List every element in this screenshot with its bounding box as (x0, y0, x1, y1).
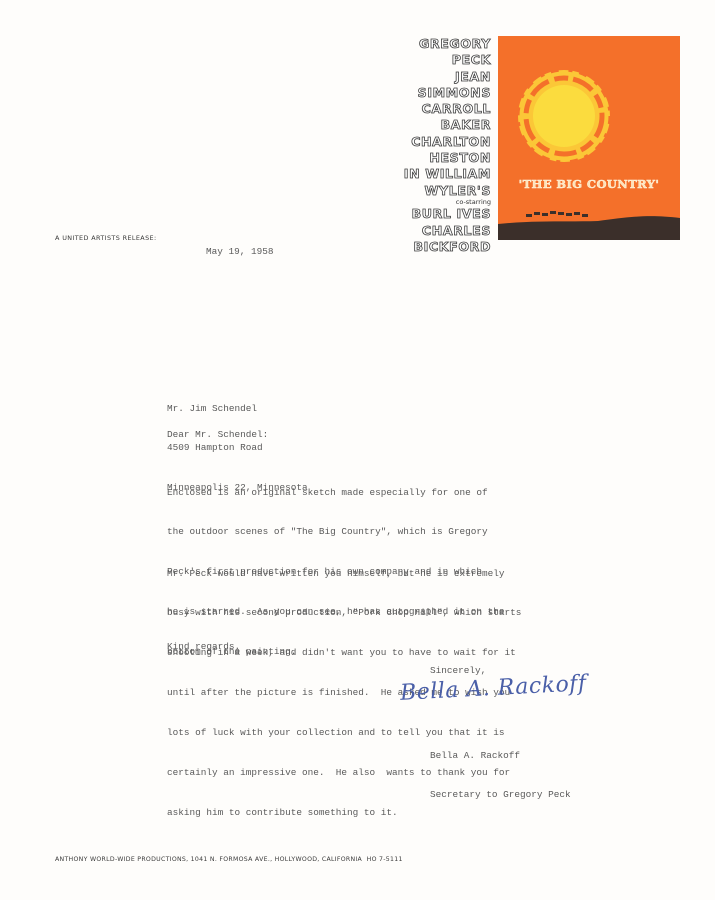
letter-date: May 19, 1958 (206, 245, 274, 258)
cast-line: CARROLL (404, 101, 491, 117)
costar-line: BICKFORD (404, 239, 491, 255)
letter-page: GREGORY PECK JEAN SIMMONS CARROLL BAKER … (0, 0, 715, 900)
movie-poster-art: 'THE BIG COUNTRY' (498, 36, 680, 240)
recipient-street: 4509 Hampton Road (167, 441, 308, 454)
costar-line: CHARLES (404, 223, 491, 239)
costar-line: BURL IVES (404, 206, 491, 222)
cast-line: SIMMONS (404, 85, 491, 101)
cast-line: GREGORY (404, 36, 491, 52)
cast-list: GREGORY PECK JEAN SIMMONS CARROLL BAKER … (404, 36, 491, 255)
letterhead-footer: ANTHONY WORLD-WIDE PRODUCTIONS, 1041 N. … (55, 856, 403, 863)
signer-title: Secretary to Gregory Peck (430, 788, 571, 801)
co-starring-label: co-starring (404, 199, 491, 207)
closing: Kind regards. (167, 640, 240, 653)
cast-line: JEAN (404, 69, 491, 85)
cast-line: IN WILLIAM (404, 166, 491, 182)
body-line: busy with his second production, "Pork C… (167, 606, 521, 619)
sunset-illustration (498, 36, 680, 240)
salutation: Dear Mr. Schendel: (167, 428, 268, 441)
cast-line: BAKER (404, 117, 491, 133)
sign-off: Sincerely, (430, 664, 486, 677)
cast-line: PECK (404, 52, 491, 68)
recipient-name: Mr. Jim Schendel (167, 402, 308, 415)
cast-line: WYLER'S (404, 183, 491, 199)
cast-line: CHARLTON (404, 134, 491, 150)
release-label: A UNITED ARTISTS RELEASE: (55, 234, 157, 242)
signer-name: Bella A. Rackoff (430, 749, 571, 762)
signer-block: Bella A. Rackoff Secretary to Gregory Pe… (430, 722, 571, 828)
riders-silhouette (526, 211, 588, 217)
body-line: Mr. Peck would have written you himself,… (167, 567, 521, 580)
poster-title: 'THE BIG COUNTRY' (498, 177, 680, 191)
cast-line: HESTON (404, 150, 491, 166)
body-line: the outdoor scenes of "The Big Country",… (167, 525, 505, 538)
body-line: Enclosed is an original sketch made espe… (167, 486, 505, 499)
